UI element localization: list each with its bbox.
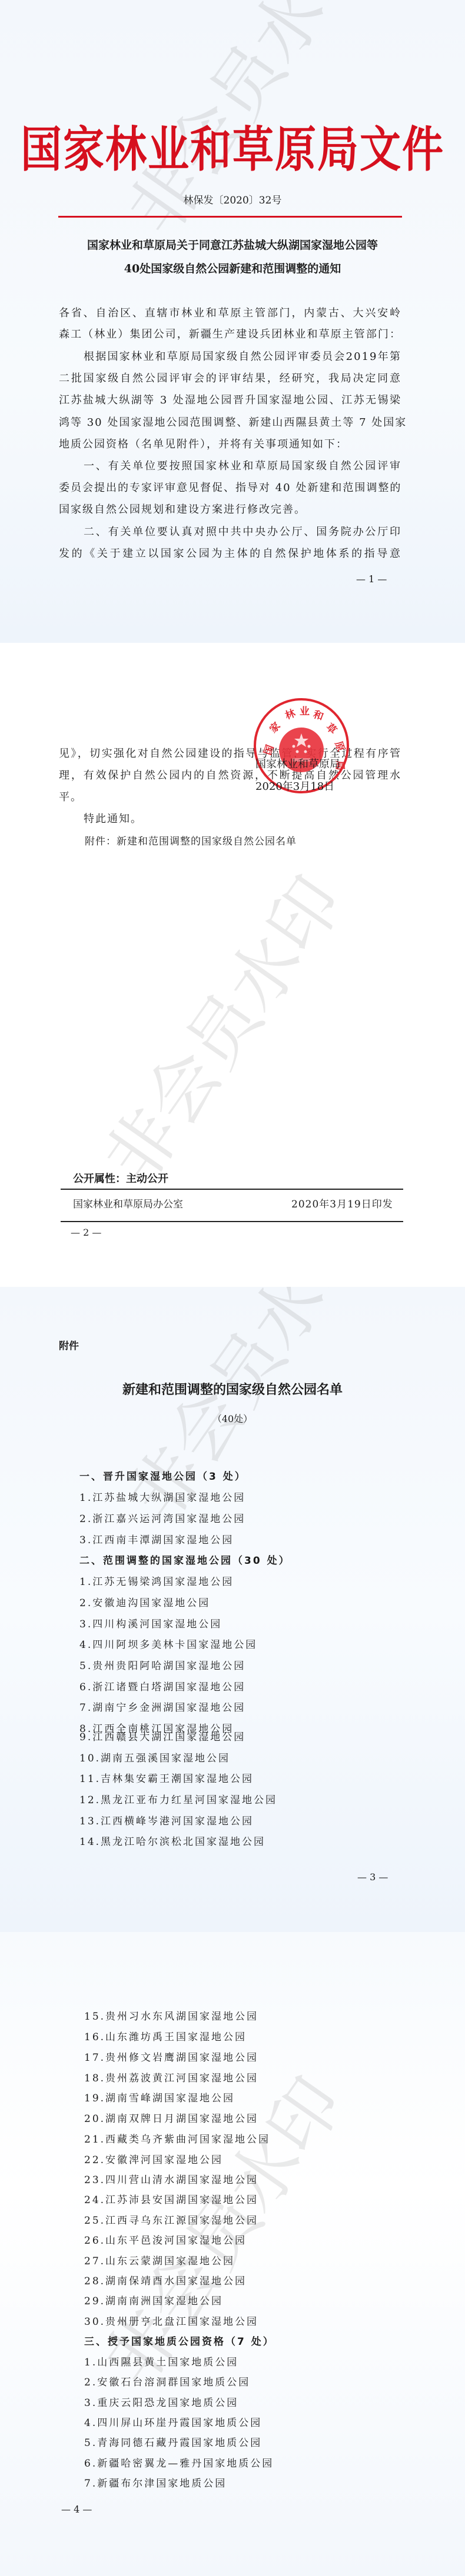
list-item: 25.江西寻乌东江源国家湿地公园 xyxy=(84,2216,258,2226)
signatory: 国家林业和草原局 xyxy=(255,756,340,771)
body-line: 发的《关于建立以国家公园为主体的自然保护地体系的指导意 xyxy=(59,549,401,559)
disclosure-attribute: 公开属性：主动公开 xyxy=(73,1170,168,1186)
watermark: 非会员水印 xyxy=(77,854,362,1201)
list-item: 29.湖南南洲国家湿地公园 xyxy=(84,2297,223,2307)
list-item: 15.贵州习水东风湖国家湿地公园 xyxy=(84,2012,258,2022)
red-separator-line xyxy=(58,216,402,218)
list-item: 23.四川营山清水湖国家湿地公园 xyxy=(84,2175,258,2185)
document-page-1: 非会员水印 国家林业和草原局文件 林保发〔2020〕32号 国家林业和草原局关于… xyxy=(0,0,465,643)
list-item: 9.江西赣县大湖江国家湿地公园 xyxy=(79,1733,245,1743)
list-item: 28.湖南保靖酉水国家湿地公园 xyxy=(84,2277,247,2287)
list-item: 26.山东平邑浚河国家湿地公园 xyxy=(84,2236,247,2246)
document-number: 林保发〔2020〕32号 xyxy=(0,192,465,206)
page-number: — 3 — xyxy=(357,1871,388,1883)
list-item: 2.安徽迪沟国家湿地公园 xyxy=(79,1599,210,1609)
list-item: 16.山东潍坊禹王国家湿地公园 xyxy=(84,2033,247,2043)
attachment-label: 附件 xyxy=(59,1337,79,1352)
notice-title-line-1: 国家林业和草原局关于同意江苏盐城大纵湖国家湿地公园等 xyxy=(0,240,465,251)
list-item: 1.江苏无锡梁鸿国家湿地公园 xyxy=(79,1577,234,1587)
list-item: 13.江西横峰岑港河国家湿地公园 xyxy=(79,1817,254,1827)
svg-text:业: 业 xyxy=(300,706,310,718)
list-item: 2.浙江嘉兴运河湾国家湿地公园 xyxy=(79,1514,245,1524)
section-heading-1: 一、晋升国家湿地公园（3 处） xyxy=(79,1472,247,1482)
list-item: 12.黑龙江亚布力红星河国家湿地公园 xyxy=(79,1796,277,1806)
list-item: 5.贵州贵阳阿哈湖国家湿地公园 xyxy=(79,1661,245,1671)
list-item: 6.浙江诸暨白塔湖国家湿地公园 xyxy=(79,1683,245,1693)
notice-title-line-2: 40处国家级自然公园新建和范围调整的通知 xyxy=(0,263,465,275)
list-item: 30.贵州册亨北盘江国家湿地公园 xyxy=(84,2317,258,2327)
list-item: 4.四川阿坝多美林卡国家湿地公园 xyxy=(79,1640,257,1650)
issuing-office: 国家林业和草原局办公室 xyxy=(73,1196,183,1210)
body-line: 二、有关单位要认真对照中共中央办公厅、国务院办公厅印 xyxy=(84,527,401,538)
list-item: 22.安徽渒河国家湿地公园 xyxy=(84,2155,223,2165)
svg-text:林: 林 xyxy=(284,707,298,722)
watermark: 非会员水印 xyxy=(77,2055,362,2402)
footer-rule-top xyxy=(61,1189,403,1190)
list-item: 2.安徽石台溶洞群国家地质公园 xyxy=(84,2378,250,2388)
list-item: 18.贵州荔波黄江河国家湿地公园 xyxy=(84,2074,258,2084)
list-item: 14.黑龙江哈尔滨松北国家湿地公园 xyxy=(79,1837,265,1847)
body-line: 一、有关单位要按照国家林业和草原局国家级自然公园评审 xyxy=(84,461,401,472)
addressee-line-2: 森工（林业）集团公司，新疆生产建设兵团林业和草原主管部门： xyxy=(59,329,401,340)
issue-date: 2020年3月19日印发 xyxy=(291,1196,393,1210)
list-item: 3.江西南丰潭湖国家湿地公园 xyxy=(79,1536,234,1546)
list-item: 24.江苏沛县安国湖国家湿地公园 xyxy=(84,2195,258,2205)
document-page-4: 非会员水印 15.贵州习水东风湖国家湿地公园 16.山东潍坊禹王国家湿地公园 1… xyxy=(0,1932,465,2576)
footer-rule-bottom xyxy=(61,1221,403,1222)
list-item: 17.贵州修文岩鹰湖国家湿地公园 xyxy=(84,2053,258,2063)
body-line: 二批国家级自然公园评审会的评审结果，经研究，我局决定同意 xyxy=(59,373,401,384)
body-line: 地质公园资格（名单见附件），并将有关事项通知如下： xyxy=(59,439,401,450)
list-item: 27.山东云蒙湖国家湿地公园 xyxy=(84,2257,235,2267)
sign-date: 2020年3月18日 xyxy=(255,778,334,793)
body-line: 委员会提出的专家评审意见督促、指导对 40 处新建和范围调整的 xyxy=(59,483,401,493)
document-page-2: 非会员水印 见》，切实强化对自然公园建设的指导与监管，实行全过程有序管 理，有效… xyxy=(0,643,465,1287)
list-item: 1.江苏盐城大纵湖国家湿地公园 xyxy=(79,1493,245,1503)
svg-text:原: 原 xyxy=(332,740,347,753)
attachment-note: 附件：新建和范围调整的国家级自然公园名单 xyxy=(85,837,297,847)
body-line: 根据国家林业和草原局国家级自然公园评审委员会2019年第 xyxy=(84,352,401,362)
section-heading-2: 二、范围调整的国家湿地公园（30 处） xyxy=(79,1556,291,1566)
svg-text:家: 家 xyxy=(267,720,283,736)
list-item: 3.四川构溪河国家湿地公园 xyxy=(79,1620,222,1630)
addressee-line-1: 各省、自治区、直辖市林业和草原主管部门，内蒙古、大兴安岭 xyxy=(59,308,401,319)
page-number: — 4 — xyxy=(61,2504,92,2515)
list-item: 11.吉林集安霸王潮国家湿地公园 xyxy=(79,1774,254,1784)
body-line: 鸿等 30 处国家湿地公园范围调整、新建山西隰县黄土等 7 处国家 xyxy=(59,418,401,428)
document-page-3: 非会员水印 附件 新建和范围调整的国家级自然公园名单 （40处） 一、晋升国家湿… xyxy=(0,1287,465,1932)
list-item: 10.湖南五强溪国家湿地公园 xyxy=(79,1754,230,1764)
list-item: 3.重庆云阳恐龙国家地质公园 xyxy=(84,2398,238,2408)
body-line: 江苏盐城大纵湖等 3 处湿地公园晋升国家湿地公园、江苏无锡梁 xyxy=(59,395,401,406)
list-item: 4.四川屏山环崖丹霞国家地质公园 xyxy=(84,2418,262,2428)
body-line: 国家级自然公园规划和建设方案进行修改完善。 xyxy=(59,505,401,515)
attachment-title: 新建和范围调整的国家级自然公园名单 xyxy=(0,1380,465,1398)
attachment-count: （40处） xyxy=(0,1412,465,1425)
svg-text:和: 和 xyxy=(311,709,325,723)
list-item: 7.湖南宁乡金洲湖国家湿地公园 xyxy=(79,1703,245,1713)
list-item: 21.西藏类乌齐紫曲河国家湿地公园 xyxy=(84,2135,270,2145)
document-header-title: 国家林业和草原局文件 xyxy=(0,111,465,181)
list-item: 6.新疆哈密翼龙—雅丹国家地质公园 xyxy=(84,2459,274,2469)
list-item: 7.新疆布尔津国家地质公园 xyxy=(84,2479,227,2489)
list-item: 1.山西隰县黄土国家地质公园 xyxy=(84,2358,238,2368)
page-number: — 1 — xyxy=(356,573,387,585)
closing-text: 特此通知。 xyxy=(84,814,142,825)
list-item: 20.湖南双牌日月湖国家湿地公园 xyxy=(84,2114,258,2124)
list-item: 19.湖南雪峰湖国家湿地公园 xyxy=(84,2094,235,2104)
page-number: — 2 — xyxy=(71,1227,101,1238)
list-item: 5.青海同德石藏丹霞国家地质公园 xyxy=(84,2438,262,2448)
svg-text:草: 草 xyxy=(323,721,338,736)
section-heading-3: 三、授予国家地质公园资格（7 处） xyxy=(84,2337,275,2347)
svg-text:国: 国 xyxy=(262,743,277,757)
